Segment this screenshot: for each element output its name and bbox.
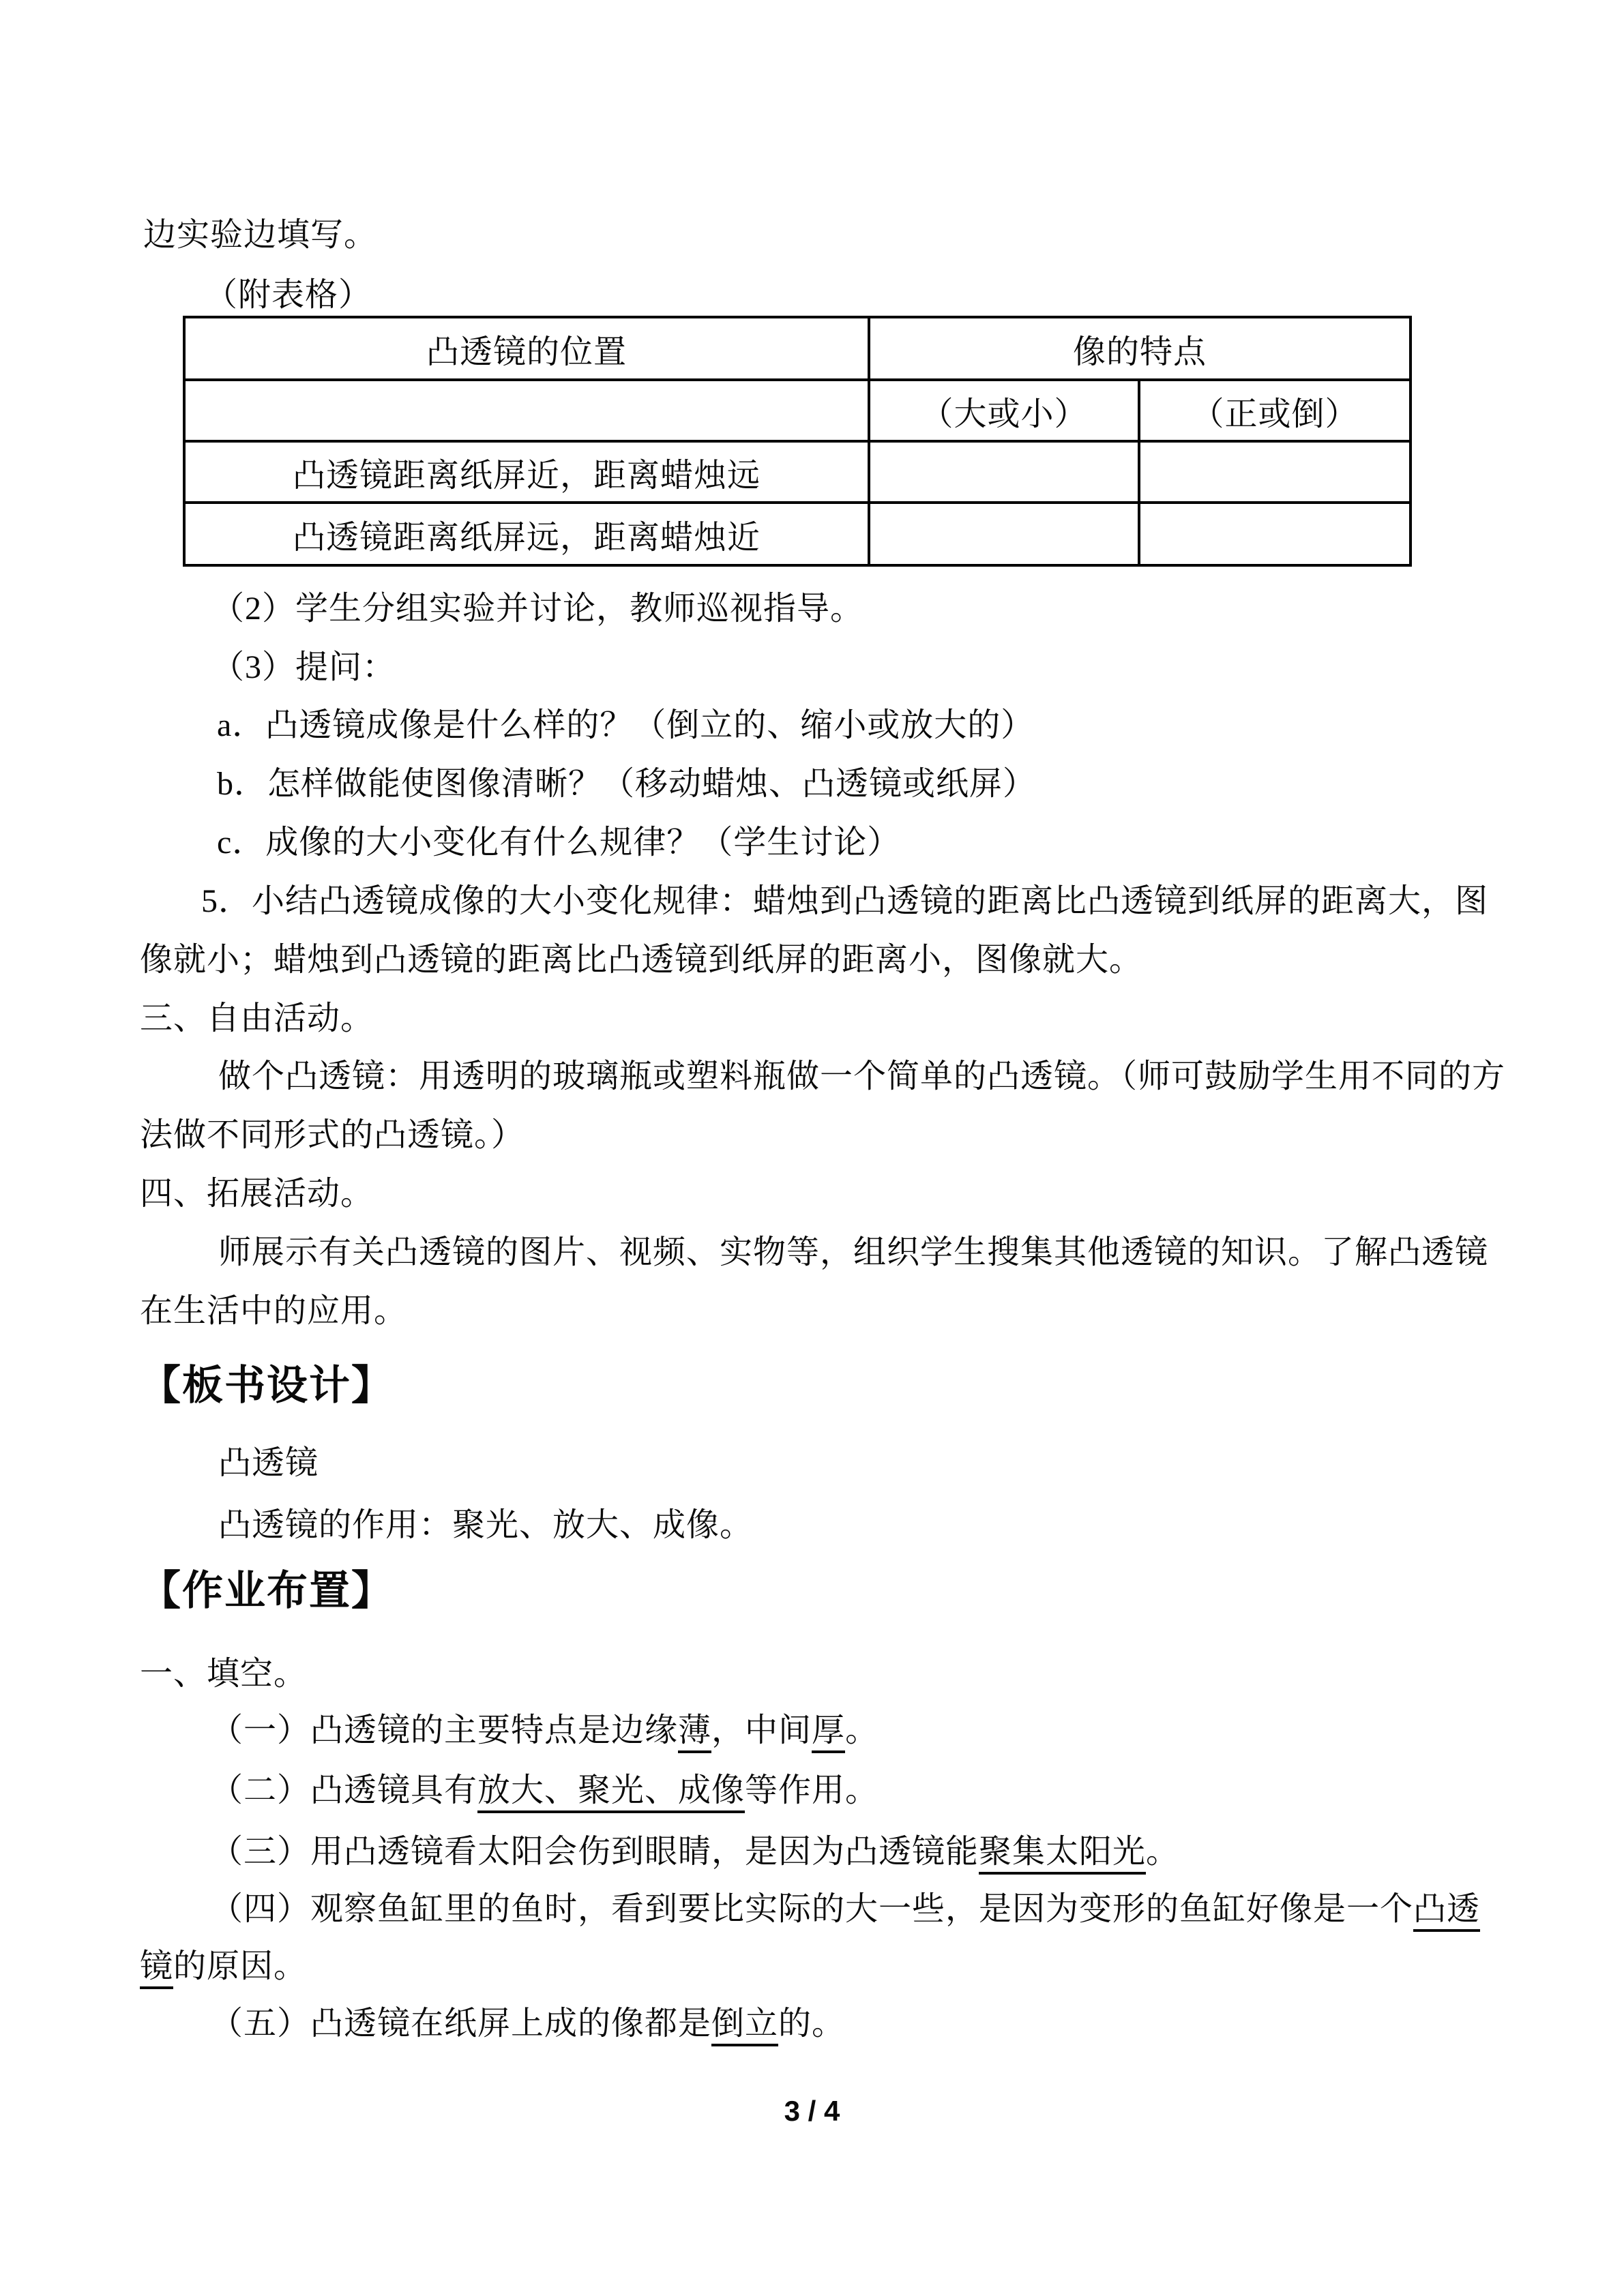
summary-line-2: 像就小；蜡烛到凸透镜的距离比凸透镜到纸屏的距离小，图像就大。: [140, 940, 1142, 981]
q3-text: 。: [1146, 1834, 1179, 1870]
section-4-line-2: 在生活中的应用。: [140, 1291, 407, 1332]
q2-blank-answer: 放大、聚光、成像: [477, 1772, 745, 1813]
blank-cell: [869, 441, 1139, 503]
homework-q2: （二）凸透镜具有放大、聚光、成像等作用。: [210, 1770, 879, 1811]
q1-text: （一）凸透镜的主要特点是边缘: [210, 1712, 678, 1748]
section-3-line-2: 法做不同形式的凸透镜。）: [140, 1115, 525, 1156]
q3-text: （三）用凸透镜看太阳会伤到眼睛，是因为凸透镜能: [210, 1834, 979, 1870]
homework-q1: （一）凸透镜的主要特点是边缘薄，中间厚。: [210, 1710, 879, 1751]
section-3-title: 三、自由活动。: [140, 998, 374, 1039]
blank-cell: [184, 380, 869, 441]
question-a: a．凸透镜成像是什么样的？（倒立的、缩小或放大的）: [217, 705, 1034, 746]
step-3: （3）提问：: [211, 647, 396, 688]
homework-q3: （三）用凸透镜看太阳会伤到眼睛，是因为凸透镜能聚集太阳光。: [210, 1832, 1179, 1873]
q1-text: ，中间: [711, 1712, 812, 1748]
table-subheader-size: （大或小）: [869, 380, 1139, 441]
homework-intro: 一、填空。: [140, 1654, 307, 1695]
board-design-heading: 【板书设计】: [140, 1362, 394, 1410]
table-row-label: 凸透镜距离纸屏近，距离蜡烛远: [184, 441, 869, 503]
blank-cell: [869, 503, 1139, 565]
table-subheader-orientation: （正或倒）: [1139, 380, 1411, 441]
q3-blank-answer: 聚集太阳光: [979, 1834, 1146, 1875]
q5-text: 的。: [778, 2006, 845, 2042]
q4-blank-answer: 镜: [140, 1948, 173, 1989]
board-design-line-2: 凸透镜的作用：聚光、放大、成像。: [218, 1505, 753, 1546]
summary-line-1: 5．小结凸透镜成像的大小变化规律：蜡烛到凸透镜的距离比凸透镜到纸屏的距离大，图: [201, 881, 1477, 922]
page-number: 3 / 4: [0, 2094, 1624, 2128]
table-caption: （附表格）: [205, 275, 372, 316]
step-2: （2）学生分组实验并讨论，教师巡视指导。: [211, 588, 863, 629]
question-b: b．怎样做能使图像清晰？（移动蜡烛、凸透镜或纸屏）: [217, 764, 1036, 805]
q4-text: 的原因。: [173, 1948, 307, 1984]
q5-blank-answer: 倒立: [711, 2006, 778, 2046]
section-3-line-1: 做个凸透镜：用透明的玻璃瓶或塑料瓶做一个简单的凸透镜。（师可鼓励学生用不同的方: [218, 1056, 1477, 1097]
q1-blank-answer: 厚: [812, 1712, 845, 1753]
table-header-position: 凸透镜的位置: [184, 317, 869, 380]
document-page: 边实验边填写。 （附表格） 凸透镜的位置 像的特点 （大或小） （正或倒） 凸透…: [0, 0, 1624, 2296]
q4-blank-answer: 凸透: [1413, 1891, 1480, 1932]
section-4-line-1: 师展示有关凸透镜的图片、视频、实物等，组织学生搜集其他透镜的知识。了解凸透镜: [218, 1232, 1477, 1273]
homework-q4-line-2: 镜的原因。: [140, 1946, 307, 1987]
question-c: c．成像的大小变化有什么规律？（学生讨论）: [217, 822, 900, 863]
board-design-line-1: 凸透镜: [218, 1443, 319, 1484]
section-4-title: 四、拓展活动。: [140, 1174, 374, 1214]
experiment-table: 凸透镜的位置 像的特点 （大或小） （正或倒） 凸透镜距离纸屏近，距离蜡烛远 凸…: [183, 316, 1412, 567]
blank-cell: [1139, 503, 1411, 565]
q2-text: （二）凸透镜具有: [210, 1772, 477, 1808]
homework-heading: 【作业布置】: [140, 1567, 394, 1615]
q2-text: 等作用。: [745, 1772, 879, 1808]
q4-text: （四）观察鱼缸里的鱼时，看到要比实际的大一些，是因为变形的鱼缸好像是一个: [210, 1891, 1413, 1927]
q1-blank-answer: 薄: [678, 1712, 711, 1753]
table-header-image-traits: 像的特点: [869, 317, 1411, 380]
paragraph-continuation: 边实验边填写。: [143, 215, 377, 256]
table-row-label: 凸透镜距离纸屏远，距离蜡烛近: [184, 503, 869, 565]
q1-text: 。: [845, 1712, 879, 1748]
homework-q4-line-1: （四）观察鱼缸里的鱼时，看到要比实际的大一些，是因为变形的鱼缸好像是一个凸透: [210, 1889, 1477, 1930]
q5-text: （五）凸透镜在纸屏上成的像都是: [210, 2006, 711, 2042]
blank-cell: [1139, 441, 1411, 503]
homework-q5: （五）凸透镜在纸屏上成的像都是倒立的。: [210, 2003, 845, 2044]
